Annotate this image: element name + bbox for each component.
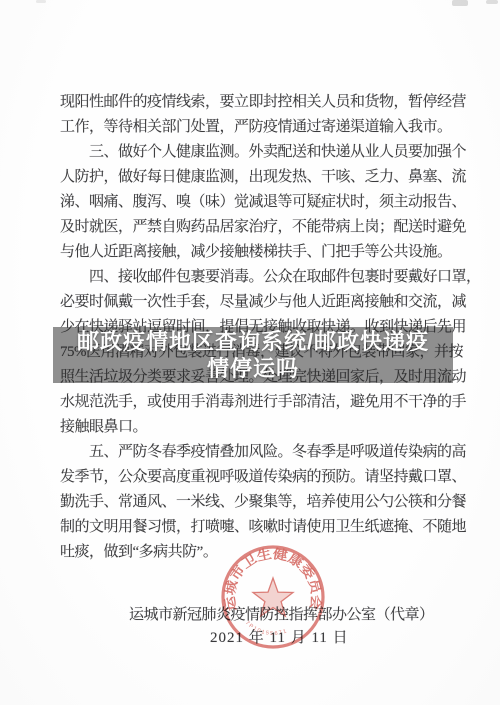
document-line: 工作，等待相关部门处置，严防疫情通过寄递渠道输入我市。: [60, 115, 452, 136]
document-line: 及时就医，严禁自购药品居家治疗，不能带病上岗；配送时避免: [60, 215, 466, 236]
document-line: 五、严防冬春季疫情叠加风险。冬春季是呼吸道传染病的高: [89, 440, 466, 461]
scan-artifact: [36, 0, 46, 3]
banner-title-line-1: 邮政疫情地区查询系统/邮政快递疫: [77, 328, 429, 355]
document-line: 三、做好个人健康监测。外卖配送和快递从业人员要加强个: [89, 140, 466, 161]
document-line: 与他人近距离接触，减少接触楼梯扶手、门把手等公共设施。: [60, 240, 452, 261]
document-line: 吐痰，做到“多病共防”。: [60, 540, 217, 561]
document-line: 制的文明用餐习惯，打喷嚏、咳嗽时请使用卫生纸遮掩、不随地: [60, 515, 466, 536]
seal-code: 7P10155671: [244, 620, 289, 637]
scan-artifact: [486, 0, 498, 4]
document-line: 水规范洗手，或使用手消毒剂进行手部清洁，避免用不干净的手: [60, 390, 466, 411]
document-line: 发季节，公众要高度重视呼吸道传染病的预防。请坚持戴口罩、: [60, 465, 466, 486]
document-page: 现阳性邮件的疫情线索，要立即封控相关人员和货物，暂停经营工作，等待相关部门处置，…: [0, 0, 500, 705]
document-line: 接触眼鼻口。: [60, 415, 147, 436]
star-icon: [253, 578, 293, 616]
document-line: 勤洗手、常通风、一米线、少聚集等，培养使用公勺公筷和分餐: [60, 490, 466, 511]
official-seal: 运城市卫生健康委员会 7P10155671: [216, 544, 330, 654]
document-line: 四、接收邮件包裹要消毒。公众在取邮件包裹时要戴好口罩，: [89, 265, 481, 286]
svg-text:7P10155671: 7P10155671: [244, 620, 289, 637]
scan-artifact: [452, 0, 468, 6]
banner-title-line-2: 情停运吗: [207, 355, 299, 382]
overlay-banner[interactable]: 邮政疫情地区查询系统/邮政快递疫 情停运吗: [53, 327, 453, 383]
document-line: 人防护，做好每日健康监测，出现发热、干咳、乏力、鼻塞、流: [60, 165, 466, 186]
document-line: 现阳性邮件的疫情线索，要立即封控相关人员和货物，暂停经营: [60, 90, 466, 111]
document-line: 涕、咽痛、腹泻、嗅（味）觉减退等可疑症状时，须主动报告、: [60, 190, 466, 211]
document-line: 必要时佩戴一次性手套，尽量减少与他人近距离接触和交流，减: [60, 290, 466, 311]
